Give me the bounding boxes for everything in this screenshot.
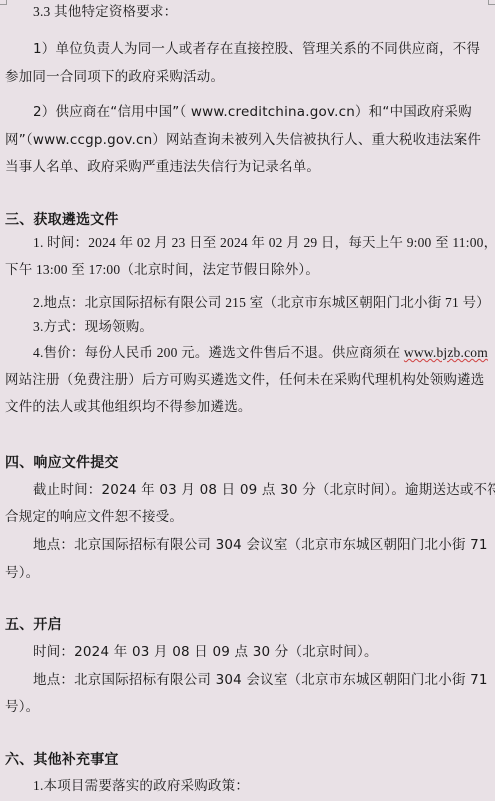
obtain-time-line-2: 下午 13:00 至 17:00（北京时间，法定节假日除外）。 <box>5 261 319 279</box>
page-corner-mark-left <box>0 0 7 5</box>
submit-place-line-2: 号）。 <box>5 564 39 582</box>
requirement-1-line-2: 参加同一合同项下的政府采购活动。 <box>5 68 224 86</box>
bjzb-link[interactable]: www.bjzb.com <box>404 345 488 360</box>
opening-place-line-2: 号）。 <box>5 698 39 716</box>
section-6-heading: 六、其他补充事宜 <box>5 751 119 769</box>
section-5-heading: 五、开启 <box>5 616 62 634</box>
section-3-heading: 三、获取遴选文件 <box>5 211 119 229</box>
section-3-3-title: 3.3 其他特定资格要求： <box>33 3 177 21</box>
obtain-method: 3.方式：现场领购。 <box>33 318 153 336</box>
requirement-2-line-3: 当事人名单、政府采购严重违法失信行为记录名单。 <box>5 158 320 176</box>
supplementary-item-1: 1.本项目需要落实的政府采购政策： <box>33 777 249 795</box>
opening-time: 时间：2024 年 03 月 08 日 09 点 30 分（北京时间）。 <box>33 643 378 661</box>
opening-place-line-1: 地点：北京国际招标有限公司 304 会议室（北京市东城区朝阳门北小街 71 <box>33 671 488 689</box>
price-text: 4.售价：每份人民币 200 元。遴选文件售后不退。供应商须在 <box>33 345 404 360</box>
obtain-price-line-1: 4.售价：每份人民币 200 元。遴选文件售后不退。供应商须在 www.bjzb… <box>33 344 488 362</box>
requirement-2-line-1: 2）供应商在“信用中国”（ www.creditchina.gov.cn）和“中… <box>33 103 472 121</box>
page-corner-mark-right <box>488 0 495 5</box>
section-4-heading: 四、响应文件提交 <box>5 454 119 472</box>
submit-deadline-line-1: 截止时间：2024 年 03 月 08 日 09 点 30 分（北京时间）。逾期… <box>33 481 495 499</box>
obtain-price-line-3: 文件的法人或其他组织均不得参加遴选。 <box>5 398 252 416</box>
submit-deadline-line-2: 合规定的响应文件恕不接受。 <box>5 508 183 526</box>
requirement-2-line-2: 网”（www.ccgp.gov.cn）网站查询未被列入失信被执行人、重大税收违法… <box>5 131 481 149</box>
requirement-1-line-1: 1）单位负责人为同一人或者存在直接控股、管理关系的不同供应商，不得 <box>33 40 480 58</box>
submit-place-line-1: 地点：北京国际招标有限公司 304 会议室（北京市东城区朝阳门北小街 71 <box>33 536 488 554</box>
obtain-price-line-2: 网站注册（免费注册）后方可购买遴选文件，任何未在采购代理机构处领购遴选 <box>5 371 485 389</box>
obtain-place: 2.地点：北京国际招标有限公司 215 室（北京市东城区朝阳门北小街 71 号） <box>33 294 490 312</box>
obtain-time-line-1: 1. 时间：2024 年 02 月 23 日至 2024 年 02 月 29 日… <box>33 234 495 252</box>
